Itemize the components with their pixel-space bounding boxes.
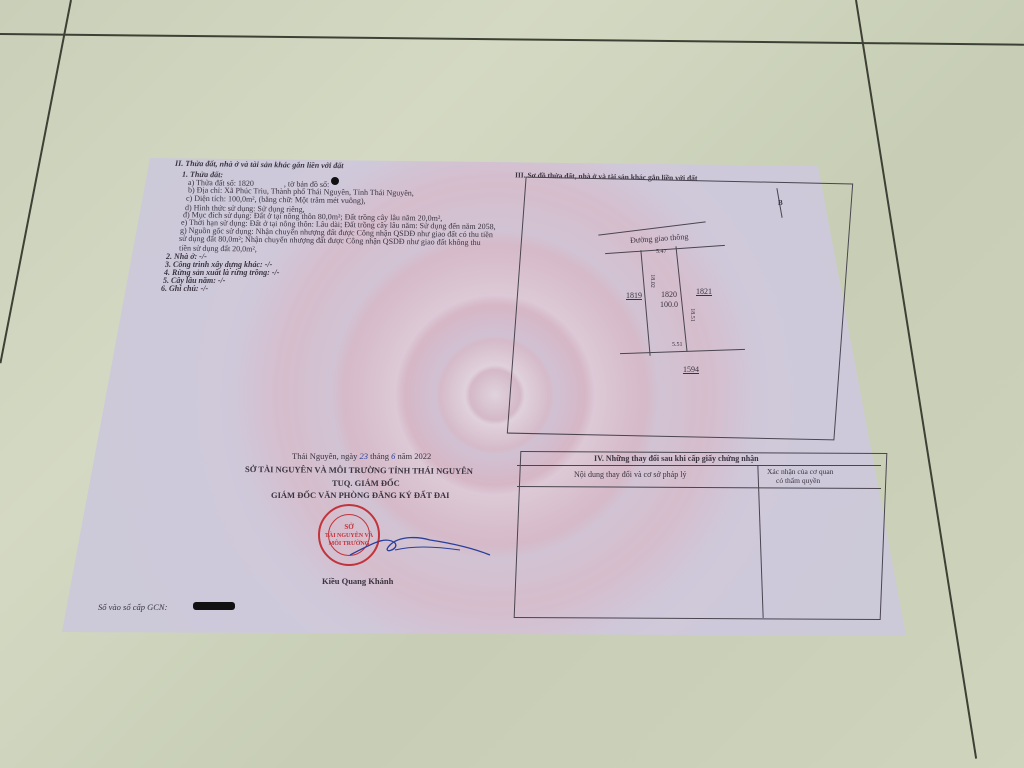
parcel-number-main: 1820 — [661, 290, 677, 299]
parcel-area-value: 100.0 — [660, 300, 678, 309]
date-day: 23 — [360, 451, 369, 461]
redacted-map-number — [331, 177, 339, 185]
section4-title: IV. Những thay đổi sau khi cấp giấy chứn… — [594, 454, 759, 463]
signer-role: GIÁM ĐỐC VĂN PHÒNG ĐĂNG KÝ ĐẤT ĐAI — [271, 490, 449, 500]
dim-bottom: 5.51 — [672, 342, 683, 348]
north-label: B — [778, 199, 783, 207]
col-confirm-header-1: Xác nhận của cơ quan — [767, 467, 833, 476]
neighbor-left: 1819 — [626, 291, 642, 300]
neighbor-bottom: 1594 — [683, 365, 699, 374]
tile-grout — [855, 0, 977, 759]
signature-scribble — [340, 525, 500, 565]
tile-grout — [0, 33, 1024, 46]
gcn-label: Số vào sổ cấp GCN: — [98, 602, 167, 612]
date-month: 6 — [391, 451, 395, 461]
redacted-gcn-number — [193, 602, 235, 610]
col-changes-header: Nội dung thay đổi và cơ sở pháp lý — [574, 470, 686, 479]
tile-grout — [0, 0, 72, 363]
dim-left: 18.02 — [649, 274, 655, 288]
changes-table — [514, 451, 888, 620]
dim-top: 5.47 — [656, 249, 667, 255]
parcel-diagram-frame — [507, 177, 853, 441]
authorization: TUQ. GIÁM ĐỐC — [332, 478, 400, 488]
date-prefix: Thái Nguyên, ngày — [292, 451, 357, 461]
dim-right: 18.51 — [689, 308, 695, 322]
col-confirm-header-2: có thẩm quyền — [776, 476, 820, 485]
issue-date: Thái Nguyên, ngày 23 tháng 6 năm 2022 — [292, 451, 431, 461]
date-month-label: tháng — [370, 451, 389, 461]
table-header-divider — [517, 465, 881, 466]
date-year: năm 2022 — [398, 451, 432, 461]
neighbor-right: 1821 — [696, 287, 712, 296]
item-note: 6. Ghi chú: -/- — [161, 284, 208, 293]
signer-name: Kiều Quang Khánh — [322, 576, 393, 586]
issuing-org: SỞ TÀI NGUYÊN VÀ MÔI TRƯỜNG TỈNH THÁI NG… — [245, 464, 473, 476]
